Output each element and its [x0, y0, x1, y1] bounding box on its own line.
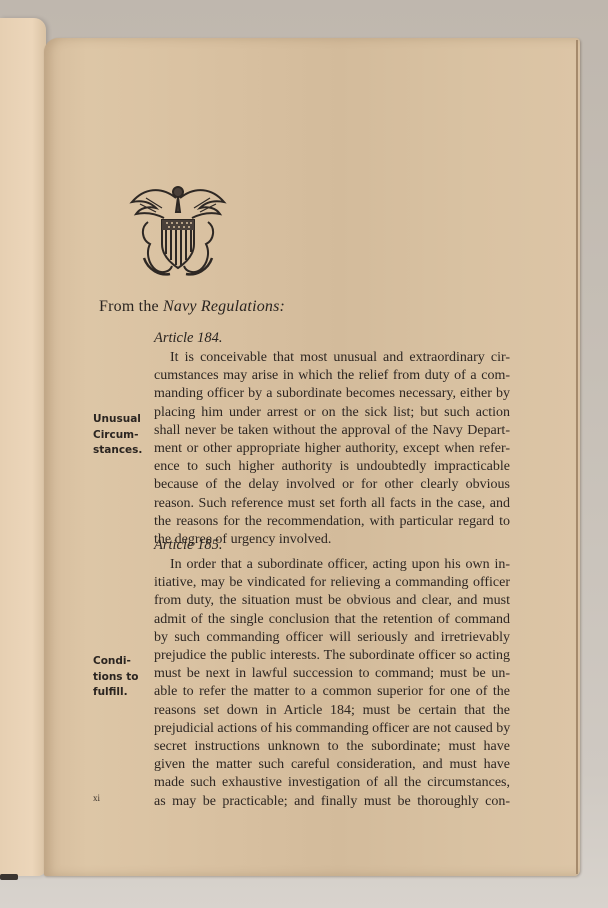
article-185-body: In order that a subordinate officer, act… — [154, 556, 510, 811]
text-line: manding officer by a subordinate becomes… — [154, 385, 510, 403]
text-line: because of the delay involved or for oth… — [154, 476, 510, 494]
margin-note-unusual-circumstances: Unusual Circum- stances. — [93, 412, 155, 459]
text-line: the reasons for the recommendation, with… — [154, 513, 510, 531]
text-line: made such exhaustive investigation of al… — [154, 774, 510, 792]
article-184-body: It is conceivable that most unusual and … — [154, 349, 510, 549]
book-cover-corner — [0, 874, 18, 880]
text-line: secret instructions unknown to the subor… — [154, 738, 510, 756]
text-line: reason. Such reference must set forth al… — [154, 495, 510, 513]
source-heading: From the Navy Regulations: — [99, 298, 285, 316]
text-line: cumstances may arise in which the relief… — [154, 367, 510, 385]
text-line: ment or other appropriate higher authori… — [154, 440, 510, 458]
text-line: ence to such higher authority is undoubt… — [154, 458, 510, 476]
left-page-edge — [0, 18, 46, 876]
margin-note-line: fulfill. — [93, 685, 155, 701]
text-line: admit of the single conclusion that the … — [154, 611, 510, 629]
article-184-title: Article 184. — [154, 330, 222, 347]
source-title: Navy Regulations: — [163, 298, 285, 315]
text-line: must be next in lawful succession to com… — [154, 665, 510, 683]
text-line: able to refer the matter to a common sup… — [154, 683, 510, 701]
margin-note-line: tions to — [93, 670, 155, 686]
text-line: It is conceivable that most unusual and … — [154, 349, 510, 367]
text-line: by such commanding officer will seriousl… — [154, 629, 510, 647]
text-line: itiative, may be vindicated for relievin… — [154, 574, 510, 592]
margin-note-line: stances. — [93, 443, 155, 459]
text-line: reasons set down in Article 184; must be… — [154, 702, 510, 720]
text-line: given the matter such careful considerat… — [154, 756, 510, 774]
text-line: as may be practicable; and finally must … — [154, 793, 510, 811]
text-line: In order that a subordinate officer, act… — [154, 556, 510, 574]
navy-emblem-icon — [126, 178, 230, 282]
source-prefix: From the — [99, 298, 159, 315]
text-line: placing him under arrest or on the sick … — [154, 404, 510, 422]
margin-note-line: Circum- — [93, 428, 155, 444]
text-line: from duty, the situation must be obvious… — [154, 592, 510, 610]
article-185-title: Article 185. — [154, 537, 222, 554]
text-line: prejudicial actions of his commanding of… — [154, 720, 510, 738]
margin-note-line: Unusual — [93, 412, 155, 428]
text-line: prejudice the public interests. The subo… — [154, 647, 510, 665]
page-number: xi — [93, 793, 100, 803]
margin-note-line: Condi- — [93, 654, 155, 670]
page-edge — [576, 40, 578, 874]
margin-note-conditions-to-fulfill: Condi- tions to fulfill. — [93, 654, 155, 701]
text-line: shall never be taken without the approva… — [154, 422, 510, 440]
